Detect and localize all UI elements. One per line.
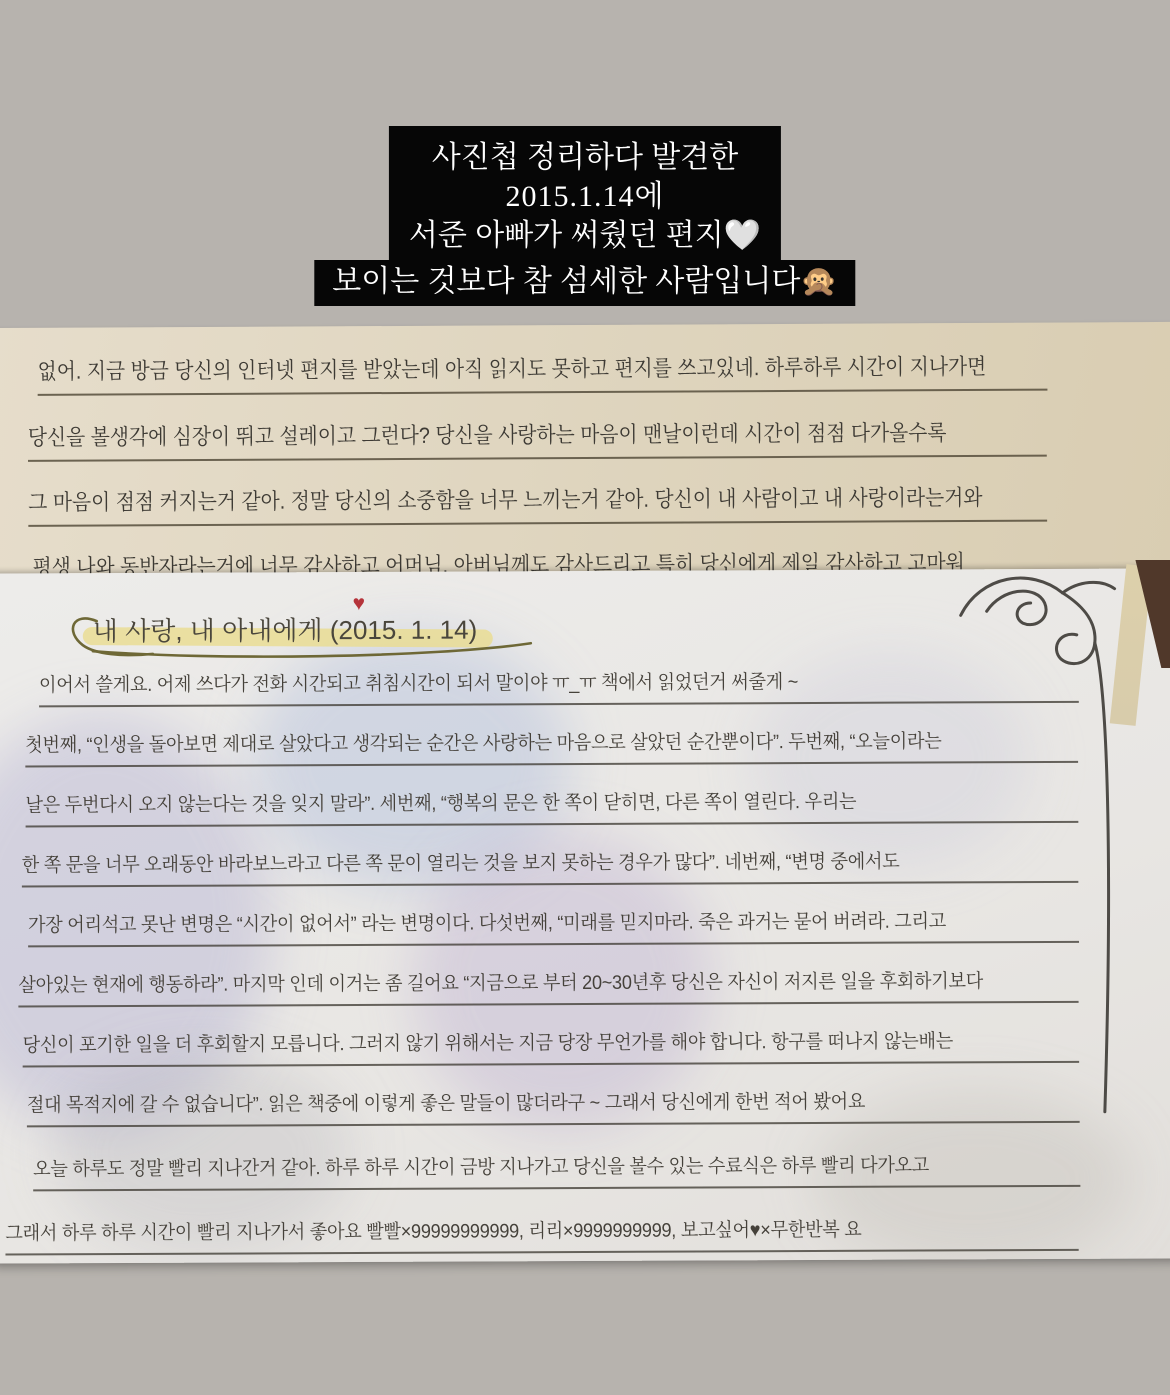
handwriting-line: 절대 목적지에 갈 수 없습니다”. 읽은 책중에 이렇게 좋은 말들이 많더라… xyxy=(27,1081,1080,1128)
handwriting-line: 당신을 볼생각에 심장이 뛰고 설레이고 그런다? 당신을 사랑하는 마음이 맨… xyxy=(28,411,1047,462)
handwriting-line: 살아있는 현재에 행동하라”. 마지막 인데 이거는 좀 길어요 “지금으로 부… xyxy=(18,961,1078,1008)
letter-title: 내 사랑, 내 아내에게 (2015. 1. 14) xyxy=(93,609,478,648)
handwriting-line: 오늘 하루도 정말 빨리 지나간거 같아. 하루 하루 시간이 금방 지나가고 … xyxy=(33,1145,1080,1192)
story-screenshot: 사진첩 정리하다 발견한 2015.1.14에 서준 아빠가 써줬던 편지🤍 보… xyxy=(0,0,1170,1395)
handwriting-line: 그 마음이 점점 커지는거 같아. 정말 당신의 소중함을 너무 느끼는거 같아… xyxy=(28,476,1047,527)
handwriting-line: 없어. 지금 방금 당신의 인터넷 편지를 받았는데 아직 읽지도 못하고 편지… xyxy=(37,345,1047,396)
handwriting-line: 한 쪽 문을 너무 오래동안 바라보느라고 다른 쪽 문이 열리는 것을 보지 … xyxy=(22,841,1079,888)
handwriting-line: 당신이 포기한 일을 더 후회할지 모릅니다. 그러지 않기 위해서는 지금 당… xyxy=(22,1021,1079,1068)
handwriting-line: 가장 어리석고 못난 변명은 “시간이 없어서” 라는 변명이다. 다섯번째, … xyxy=(28,901,1079,948)
handwriting-line: 이어서 쓸게요. 어제 쓰다가 전화 시간되고 취침시간이 되서 말이야 ㅠ_ㅠ… xyxy=(39,661,1079,708)
story-caption-primary: 사진첩 정리하다 발견한 2015.1.14에 서준 아빠가 써줬던 편지🤍 xyxy=(389,126,781,269)
caption-line-1: 사진첩 정리하다 발견한 xyxy=(409,138,761,177)
letter-page-top: 없어. 지금 방금 당신의 인터넷 편지를 받았는데 아직 읽지도 못하고 편지… xyxy=(0,322,1170,596)
caption-text: 보이는 것보다 참 섬세한 사람입니다🙊 xyxy=(332,265,837,298)
caption-line-date: 2015.1.14에 xyxy=(409,177,761,216)
caption-line-3: 서준 아빠가 써줬던 편지🤍 xyxy=(409,216,761,255)
title-heart-icon: ♥ xyxy=(353,592,366,616)
handwriting-line: 첫번째, “인생을 돌아보면 제대로 살았다고 생각되는 순간은 사랑하는 마음… xyxy=(25,721,1078,768)
handwriting-line: 날은 두번다시 오지 않는다는 것을 잊지 말라”. 세번째, “행복의 문은 … xyxy=(25,781,1078,828)
story-caption-secondary: 보이는 것보다 참 섬세한 사람입니다🙊 xyxy=(314,260,855,306)
letter-title-block: 내 사랑, 내 아내에게 (2015. 1. 14) ♥ xyxy=(53,599,553,661)
letter-page-main: 내 사랑, 내 아내에게 (2015. 1. 14) ♥ 이어서 쓸게요. 어제… xyxy=(0,568,1170,1263)
handwriting-line: 그래서 하루 하루 시간이 빨리 지나가서 좋아요 빨빨×99999999999… xyxy=(5,1209,1078,1256)
